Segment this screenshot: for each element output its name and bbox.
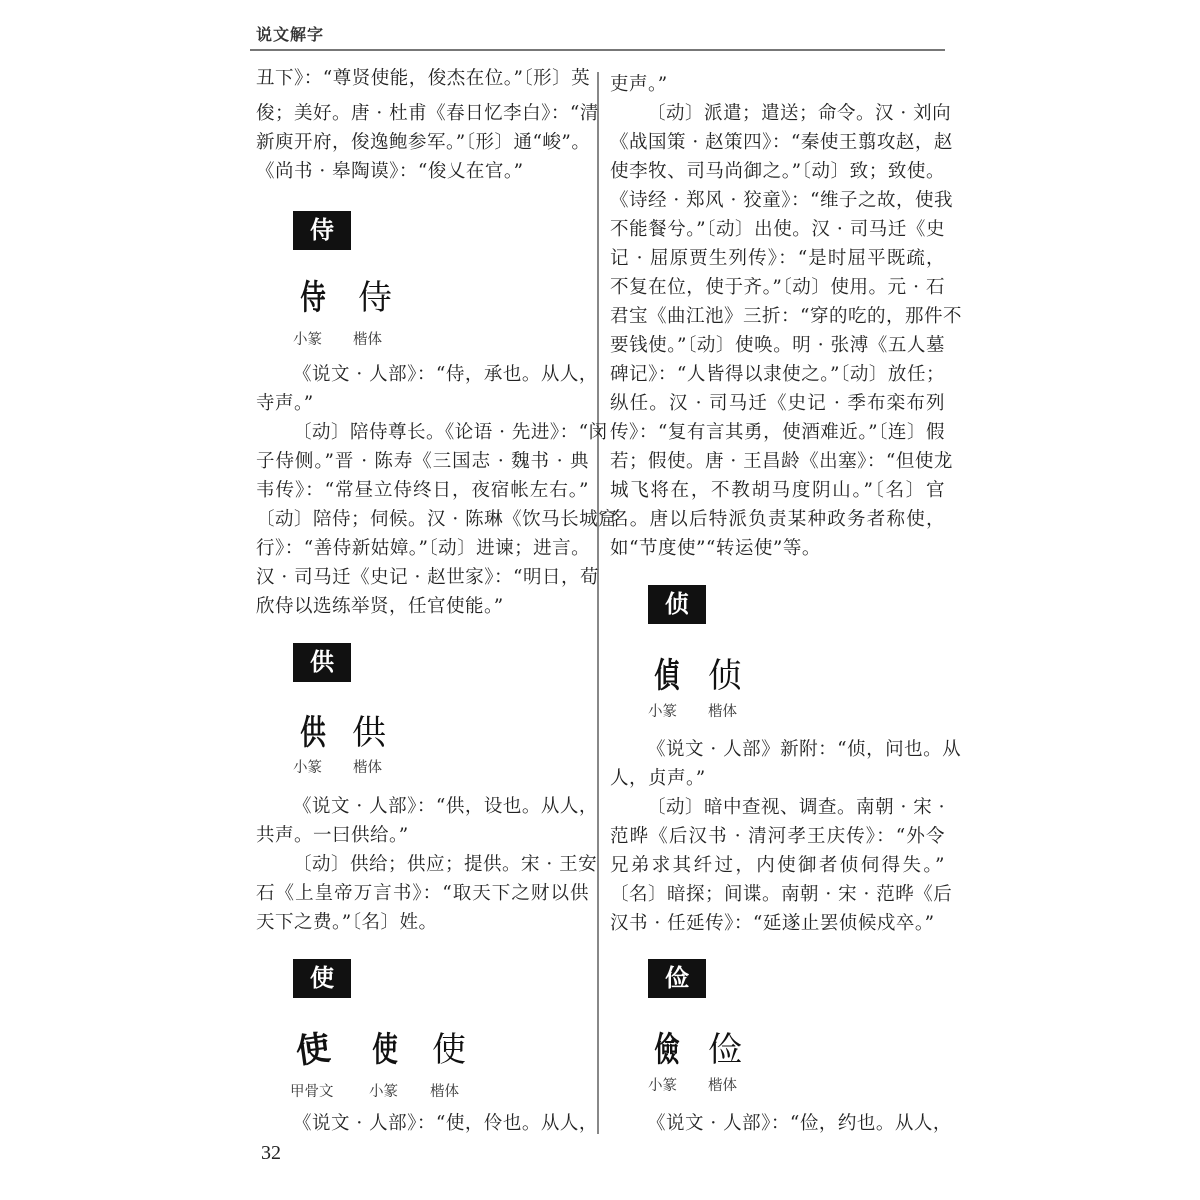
text-line: 〔动〕派遣；遣送；命令。汉 · 刘向 <box>610 99 945 128</box>
text-line: 碑记》：“人皆得以隶使之。”〔动〕放任； <box>610 360 945 389</box>
seal-script-glyph: 供 <box>300 713 326 753</box>
text-line: 纵任。汉 · 司马迁《史记 · 季布栾布列 <box>610 389 945 418</box>
text-line: 〔动〕暗中查视、调查。南朝 · 宋 · <box>610 793 945 822</box>
regular-script-glyph: 使 <box>432 1030 466 1070</box>
seal-script-glyph: 侍 <box>300 278 326 318</box>
column-divider <box>597 72 599 1134</box>
text-line: 兄弟求其纤过，内使御者侦伺得失。” <box>610 851 945 880</box>
text-line: 《诗经 · 郑风 · 狡童》：“维子之故，使我 <box>610 186 945 215</box>
text-line: 君宝《曲江池》三折：“穿的吃的，那件不 <box>610 302 945 331</box>
text-line: 传》：“复有言其勇，使酒难近。”〔连〕假 <box>610 418 945 447</box>
text-line: 〔动〕陪侍尊长。《论语 · 先进》：“闵 <box>256 418 589 447</box>
text-line: 子侍侧。”晋 · 陈寿《三国志 · 魏书 · 典 <box>256 447 589 476</box>
text-line: 要钱使。”〔动〕使唤。明 · 张溥《五人墓 <box>610 331 945 360</box>
script-label: 小篆 <box>648 1076 677 1096</box>
text-line: 使李牧、司马尚御之。”〔动〕致；致使。 <box>610 157 945 186</box>
script-label: 楷体 <box>708 702 737 722</box>
seal-script-glyph: 使 <box>372 1030 398 1070</box>
seal-script-glyph: 偵 <box>654 656 680 696</box>
text-line: 共声。一曰供给。” <box>256 821 589 850</box>
entry-headword-badge: 使 <box>293 959 351 998</box>
text-line: 〔动〕供给；供应；提供。宋 · 王安 <box>256 850 589 879</box>
script-label: 小篆 <box>648 702 677 722</box>
text-line: 《尚书 · 皋陶谟》：“俊乂在官。” <box>256 157 589 186</box>
text-line: 〔动〕陪侍；伺候。汉 · 陈琳《饮马长城窟 <box>256 505 589 534</box>
text-line: 如“节度使”“转运使”等。 <box>610 534 945 563</box>
text-line: 不复在位，使于齐。”〔动〕使用。元 · 石 <box>610 273 945 302</box>
text-line: 《说文 · 人部》：“俭，约也。从人， <box>610 1109 945 1138</box>
entry-headword-badge: 侦 <box>648 585 706 624</box>
text-line: 若；假使。唐 · 王昌龄《出塞》：“但使龙 <box>610 447 945 476</box>
text-line: 俊；美好。唐 · 杜甫《春日忆李白》：“清 <box>256 99 589 128</box>
oracle-bone-glyph: 使 <box>293 1028 332 1072</box>
script-label: 楷体 <box>708 1076 737 1096</box>
text-line: 名。唐以后特派负责某种政务者称使， <box>610 505 945 534</box>
regular-script-glyph: 供 <box>352 713 386 753</box>
text-line: 《说文 · 人部》新附：“侦，问也。从 <box>610 735 945 764</box>
text-line: 不能餐兮。”〔动〕出使。汉 · 司马迁《史 <box>610 215 945 244</box>
text-line: 韦传》：“常昼立侍终日，夜宿帐左右。” <box>256 476 589 505</box>
regular-script-glyph: 俭 <box>708 1030 742 1070</box>
script-label: 甲骨文 <box>290 1082 334 1102</box>
text-line: 人，贞声。” <box>610 764 945 793</box>
text-line: 石《上皇帝万言书》：“取天下之财以供 <box>256 879 589 908</box>
header-rule <box>250 49 945 51</box>
running-head: 说文解字 <box>256 22 324 45</box>
script-label: 楷体 <box>353 758 382 778</box>
page-number: 32 <box>261 1142 281 1165</box>
entry-headword-badge: 侍 <box>293 211 351 250</box>
regular-script-glyph: 侦 <box>708 656 742 696</box>
text-line: 城飞将在，不教胡马度阴山。”〔名〕官 <box>610 476 945 505</box>
text-line: 范晔《后汉书 · 清河孝王庆传》：“外令 <box>610 822 945 851</box>
text-line: 汉 · 司马迁《史记 · 赵世家》：“明日，荀 <box>256 563 589 592</box>
entry-headword-badge: 俭 <box>648 959 706 998</box>
text-line: 〔名〕暗探；间谍。南朝 · 宋 · 范晔《后 <box>610 880 945 909</box>
text-line: 《说文 · 人部》：“供，设也。从人， <box>256 792 589 821</box>
text-line: 欣侍以选练举贤，任官使能。” <box>256 592 589 621</box>
entry-headword-badge: 供 <box>293 643 351 682</box>
text-line: 《说文 · 人部》：“使，伶也。从人， <box>256 1109 589 1138</box>
text-line: 丑下》：“尊贤使能，俊杰在位。”〔形〕英 <box>256 64 589 93</box>
script-label: 楷体 <box>353 330 382 350</box>
text-line: 天下之费。”〔名〕姓。 <box>256 908 589 937</box>
text-line: 吏声。” <box>610 70 945 99</box>
text-line: 新庾开府，俊逸鲍参军。”〔形〕通“峻”。 <box>256 128 589 157</box>
script-label: 小篆 <box>293 330 322 350</box>
script-label: 小篆 <box>293 758 322 778</box>
text-line: 汉书 · 任延传》：“延遂止罢侦候戍卒。” <box>610 909 945 938</box>
seal-script-glyph: 儉 <box>654 1030 680 1070</box>
text-line: 记 · 屈原贾生列传》：“是时屈平既疏， <box>610 244 945 273</box>
text-line: 《说文 · 人部》：“侍，承也。从人， <box>256 360 589 389</box>
text-line: 寺声。” <box>256 389 589 418</box>
script-label: 小篆 <box>369 1082 398 1102</box>
text-line: 《战国策 · 赵策四》：“秦使王翦攻赵，赵 <box>610 128 945 157</box>
text-line: 行》：“善侍新姑嫜。”〔动〕进谏；进言。 <box>256 534 589 563</box>
script-label: 楷体 <box>430 1082 459 1102</box>
regular-script-glyph: 侍 <box>358 278 392 318</box>
